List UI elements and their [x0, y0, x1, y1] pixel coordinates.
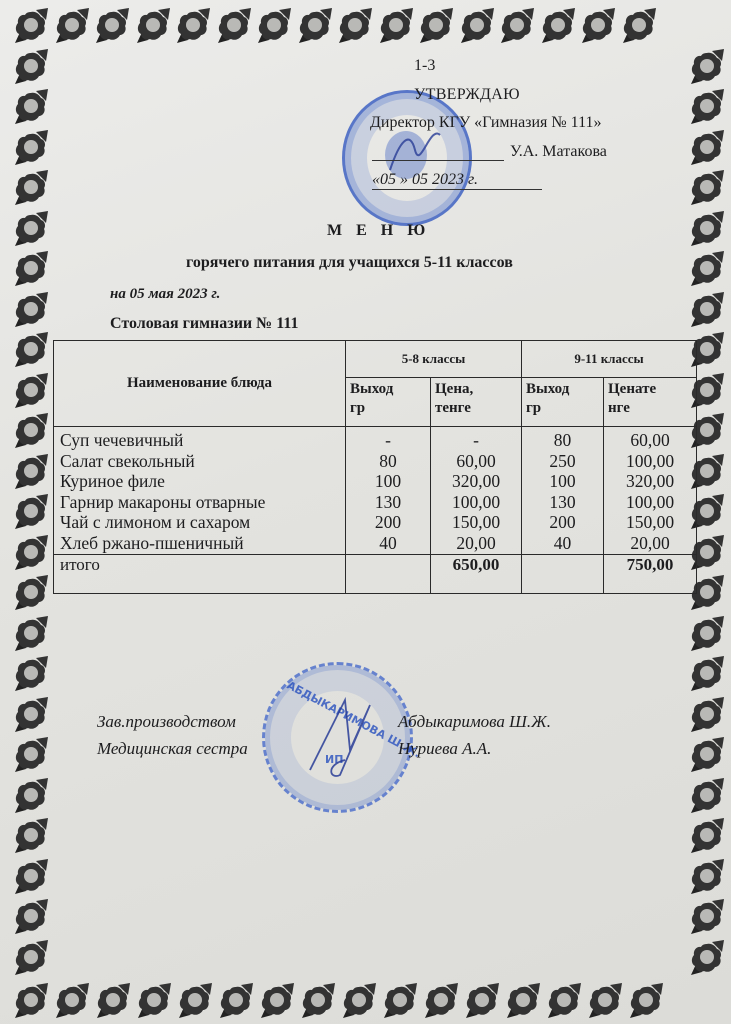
table-cell-g58-price: 320,00: [431, 471, 521, 492]
border-ornament-icon: [688, 130, 726, 166]
date-underline: [372, 189, 542, 190]
border-ornament-icon: [12, 778, 50, 814]
border-ornament-icon: [688, 616, 726, 652]
border-ornament-icon: [12, 940, 50, 976]
border-ornament-icon: [688, 656, 726, 692]
table-cell-name: Куриное филе: [60, 471, 345, 492]
table-cell-name: Хлеб ржано-пшеничный: [60, 533, 345, 554]
table-cell-g58-out: 80: [346, 451, 430, 472]
border-ornament-icon: [498, 8, 536, 44]
border-ornament-icon: [215, 8, 253, 44]
chief-label: Зав.производством: [97, 712, 236, 732]
table-cell-g58-out: 40: [346, 533, 430, 554]
border-ornament-icon: [12, 575, 50, 611]
table-cell-g58-out: 200: [346, 512, 430, 533]
approval-date: «05 » 05 2023 г.: [372, 171, 478, 189]
border-ornament-icon: [174, 8, 212, 44]
border-ornament-icon: [377, 8, 415, 44]
chief-name: Абдыкаримова Ш.Ж.: [398, 712, 551, 732]
table-cell-g58-price: 100,00: [431, 492, 521, 513]
border-ornament-icon: [12, 899, 50, 935]
border-ornament-icon: [539, 8, 577, 44]
border-ornament-icon: [12, 89, 50, 125]
table-cell-name: Суп чечевичный: [60, 430, 345, 451]
border-ornament-icon: [53, 983, 91, 1019]
border-ornament-icon: [12, 373, 50, 409]
border-ornament-icon: [12, 859, 50, 895]
table-cell-g911-price: 320,00: [604, 471, 696, 492]
table-body: Суп чечевичныйСалат свекольныйКуриное фи…: [54, 427, 697, 555]
border-ornament-icon: [12, 494, 50, 530]
table-cell-g911-out: 130: [522, 492, 603, 513]
border-ornament-icon: [12, 292, 50, 328]
border-ornament-icon: [688, 251, 726, 287]
border-ornament-icon: [258, 983, 296, 1019]
border-ornament-icon: [12, 535, 50, 571]
output-9-11-column: 8025010013020040: [522, 427, 604, 555]
price-5-8-column: -60,00320,00100,00150,0020,00: [431, 427, 522, 555]
table-cell-g58-price: 150,00: [431, 512, 521, 533]
border-ornament-icon: [12, 454, 50, 490]
border-ornament-icon: [12, 616, 50, 652]
table-cell-g911-out: 80: [522, 430, 603, 451]
border-ornament-icon: [12, 130, 50, 166]
menu-date: на 05 мая 2023 г.: [110, 286, 220, 303]
border-ornament-icon: [504, 983, 542, 1019]
total-row: итого 650,00 750,00: [54, 554, 697, 593]
border-ornament-icon: [12, 211, 50, 247]
border-ornament-icon: [417, 8, 455, 44]
border-ornament-icon: [255, 8, 293, 44]
price-header-5-8: Цена,тенге: [431, 378, 522, 427]
border-ornament-icon: [688, 292, 726, 328]
border-ornament-icon: [12, 170, 50, 206]
output-header-5-8: Выходгр: [346, 378, 431, 427]
table-cell-g911-out: 250: [522, 451, 603, 472]
border-ornament-icon: [12, 8, 50, 44]
table-cell-g58-out: -: [346, 430, 430, 451]
border-ornament-icon: [12, 413, 50, 449]
border-ornament-icon: [688, 899, 726, 935]
table-cell-g58-price: 20,00: [431, 533, 521, 554]
table-cell-name: Гарнир макароны отварные: [60, 492, 345, 513]
price-header-9-11: Ценатенге: [604, 378, 697, 427]
group-9-11-header: 9-11 классы: [522, 341, 697, 378]
total-price-9-11: 750,00: [604, 554, 697, 593]
border-ornament-icon: [381, 983, 419, 1019]
dish-names-column: Суп чечевичныйСалат свекольныйКуриное фи…: [54, 427, 346, 555]
total-empty-cell: [346, 554, 431, 593]
border-ornament-icon: [134, 8, 172, 44]
menu-table: Наименование блюда 5-8 классы 9-11 класс…: [53, 340, 697, 594]
border-ornament-icon: [12, 697, 50, 733]
table-cell-g911-price: 20,00: [604, 533, 696, 554]
menu-subtitle: горячего питания для учащихся 5-11 класс…: [186, 254, 513, 272]
border-ornament-icon: [12, 332, 50, 368]
total-empty-cell: [522, 554, 604, 593]
table-cell-g911-out: 100: [522, 471, 603, 492]
border-ornament-icon: [688, 818, 726, 854]
output-5-8-column: -8010013020040: [346, 427, 431, 555]
border-ornament-icon: [93, 8, 131, 44]
border-ornament-icon: [94, 983, 132, 1019]
output-header-9-11: Выходгр: [522, 378, 604, 427]
nurse-label: Медицинская сестра: [97, 739, 248, 759]
canteen-name: Столовая гимназии № 111: [110, 315, 298, 333]
border-ornament-icon: [688, 940, 726, 976]
border-ornament-icon: [296, 8, 334, 44]
table-cell-g58-price: 60,00: [431, 451, 521, 472]
menu-title: М Е Н Ю: [327, 222, 430, 240]
director-name: У.А. Матакова: [510, 143, 607, 161]
approve-heading: УТВЕРЖДАЮ: [414, 86, 520, 104]
border-ornament-icon: [336, 8, 374, 44]
total-price-5-8: 650,00: [431, 554, 522, 593]
price-9-11-column: 60,00100,00320,00100,00150,0020,00: [604, 427, 697, 555]
table-cell-g911-price: 100,00: [604, 451, 696, 472]
table-cell-g58-price: -: [431, 430, 521, 451]
border-ornament-icon: [579, 8, 617, 44]
nurse-name: Нуриева А.А.: [398, 739, 491, 759]
border-ornament-icon: [688, 737, 726, 773]
border-ornament-icon: [463, 983, 501, 1019]
document-page: АБДЫКАРИМОВА Ш.Ж. ИП 1-3 УТВЕРЖДАЮ Дирек…: [0, 0, 731, 1024]
table-cell-g58-out: 130: [346, 492, 430, 513]
border-ornament-icon: [299, 983, 337, 1019]
border-ornament-icon: [422, 983, 460, 1019]
border-ornament-icon: [53, 8, 91, 44]
border-ornament-icon: [458, 8, 496, 44]
table-header-row: Наименование блюда 5-8 классы 9-11 класс…: [54, 341, 697, 378]
border-ornament-icon: [135, 983, 173, 1019]
table-cell-g911-price: 150,00: [604, 512, 696, 533]
border-ornament-icon: [12, 818, 50, 854]
border-ornament-icon: [340, 983, 378, 1019]
border-ornament-icon: [688, 170, 726, 206]
table-cell-name: Чай с лимоном и сахаром: [60, 512, 345, 533]
signature-line: [372, 160, 504, 161]
table-cell-g58-out: 100: [346, 471, 430, 492]
table-cell-name: Салат свекольный: [60, 451, 345, 472]
border-ornament-icon: [217, 983, 255, 1019]
border-ornament-icon: [688, 49, 726, 85]
border-ornament-icon: [688, 778, 726, 814]
border-ornament-icon: [12, 49, 50, 85]
table-cell-g911-out: 40: [522, 533, 603, 554]
border-ornament-icon: [688, 859, 726, 895]
table-cell-g911-out: 200: [522, 512, 603, 533]
border-ornament-icon: [12, 983, 50, 1019]
total-label: итого: [54, 554, 346, 593]
border-ornament-icon: [12, 656, 50, 692]
border-ornament-icon: [176, 983, 214, 1019]
border-ornament-icon: [12, 251, 50, 287]
page-number: 1-3: [414, 57, 435, 75]
border-ornament-icon: [688, 89, 726, 125]
dish-name-header: Наименование блюда: [54, 341, 346, 427]
group-5-8-header: 5-8 классы: [346, 341, 522, 378]
border-ornament-icon: [688, 211, 726, 247]
border-ornament-icon: [688, 697, 726, 733]
border-ornament-icon: [586, 983, 624, 1019]
border-ornament-icon: [12, 737, 50, 773]
border-ornament-icon: [620, 8, 658, 44]
director-position: Директор КГУ «Гимназия № 111»: [370, 114, 601, 132]
chief-signature: [300, 690, 390, 780]
table-cell-g911-price: 60,00: [604, 430, 696, 451]
table-cell-g911-price: 100,00: [604, 492, 696, 513]
border-ornament-icon: [545, 983, 583, 1019]
border-ornament-icon: [627, 983, 665, 1019]
